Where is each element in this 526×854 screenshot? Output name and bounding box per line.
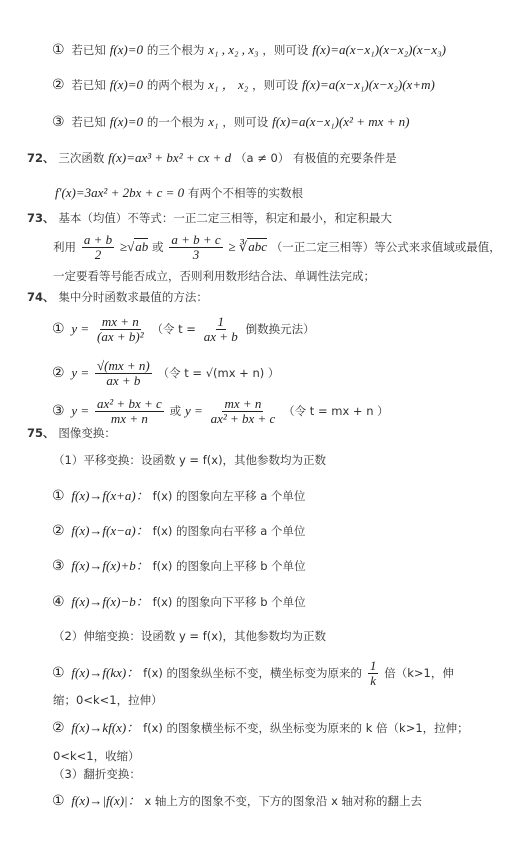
translation-heading: （1）平移变换：设函数 y = f(x)，其他参数均为正数 (53, 452, 326, 468)
translation-rule-2: ② f(x)→f(x−a)： f(x) 的图象向右平移 a 个单位 (52, 523, 305, 539)
item-75: 75、 图像变换： (27, 425, 116, 441)
roots-case-3: ③ 若已知 f(x)=0 的一个根为 x₁ ，则可设 f(x)=a(x−x₁)(… (52, 114, 409, 130)
method-2: ② y = √(mx + n) ax + b （令 t = √(mx + n) … (52, 356, 279, 390)
scaling-rule-2-cont: 0<k<1，收缩） (53, 748, 140, 764)
fraction: 1 ax + b (202, 315, 240, 344)
reflection-rule-1: ① f(x)→|f(x)|： x 轴上方的图象不变，下方的图象沿 x 轴对称的翻… (52, 793, 422, 809)
fraction: ax² + bx + c mx + n (95, 397, 164, 426)
fraction: √(mx + n) ax + b (95, 359, 152, 388)
scaling-rule-2: ② f(x)→kf(x)： f(x) 的图象横坐标不变，纵坐标变为原来的 k 倍… (52, 720, 469, 736)
fraction: mx + n (ax + b)² (95, 315, 146, 344)
roots-case-2: ② 若已知 f(x)=0 的两个根为 x₁ ， x₂ ，则可设 f(x)=a(x… (52, 77, 435, 93)
fraction: a + b 2 (82, 233, 114, 262)
item-number: 73、 (27, 211, 55, 225)
method-3: ③ y = ax² + bx + c mx + n 或 y = mx + n a… (52, 394, 389, 428)
scaling-heading: （2）伸缩变换：设函数 y = f(x)，其他参数均为正数 (53, 628, 326, 644)
item-number: 72、 (27, 151, 55, 165)
scaling-rule-1-cont: 缩；0<k<1，拉伸） (53, 692, 163, 708)
fraction: a + b + c 3 (169, 233, 222, 262)
fraction: 1 k (368, 659, 379, 688)
circled-number-2: ② (52, 77, 65, 93)
formula: f(x)=a(x−x₁)(x−x₂)(x−x₃) (312, 42, 446, 57)
item-74: 74、 集中分时函数求最值的方法： (27, 289, 208, 305)
sqrt-ab: ab (134, 238, 148, 254)
circled-number-1: ① (52, 42, 65, 58)
method-1: ① y = mx + n (ax + b)² （令 t = 1 ax + b 倒… (52, 312, 315, 346)
scaling-rule-1: ① f(x)→f(kx)： f(x) 的图象纵坐标不变，横坐标变为原来的 1 k… (52, 658, 454, 688)
formula: f(x)=a(x−x₁)(x² + mx + n) (272, 114, 409, 129)
item-73-formula: 利用 a + b 2 ≥√ab 或 a + b + c 3 ≥ ∛abc （一正… (53, 229, 501, 265)
item-73-line3: 一定要看等号能否成立，否则利用数形结合法、单调性法完成； (53, 268, 375, 284)
item-72: 72、 三次函数 f(x)=ax³ + bx² + cx + d （a ≠ 0）… (27, 150, 397, 166)
cbrt-abc: abc (247, 238, 267, 254)
fraction: mx + n ax² + bx + c (209, 397, 278, 426)
item-number: 74、 (27, 290, 55, 304)
item-73: 73、 基本（均值）不等式：一正二定三相等，积定和最小，和定积最大 (27, 210, 392, 226)
roots-case-1: ① 若已知 f(x)=0 的三个根为 x₁ , x₂ , x₃ ，则可设 f(x… (52, 42, 446, 58)
circled-number-3: ③ (52, 114, 65, 130)
item-number: 75、 (27, 426, 55, 440)
translation-rule-3: ③ f(x)→f(x)+b： f(x) 的图象向上平移 b 个单位 (52, 558, 306, 574)
item-72-derivative: f′(x)=3ax² + 2bx + c = 0 有两个不相等的实数根 (55, 185, 303, 201)
translation-rule-1: ① f(x)→f(x+a)： f(x) 的图象向左平移 a 个单位 (52, 488, 305, 504)
translation-rule-4: ④ f(x)→f(x)−b： f(x) 的图象向下平移 b 个单位 (52, 594, 306, 610)
reflection-heading: （3）翻折变换： (53, 766, 141, 782)
formula: f(x)=a(x−x₁)(x−x₂)(x+m) (302, 77, 435, 92)
